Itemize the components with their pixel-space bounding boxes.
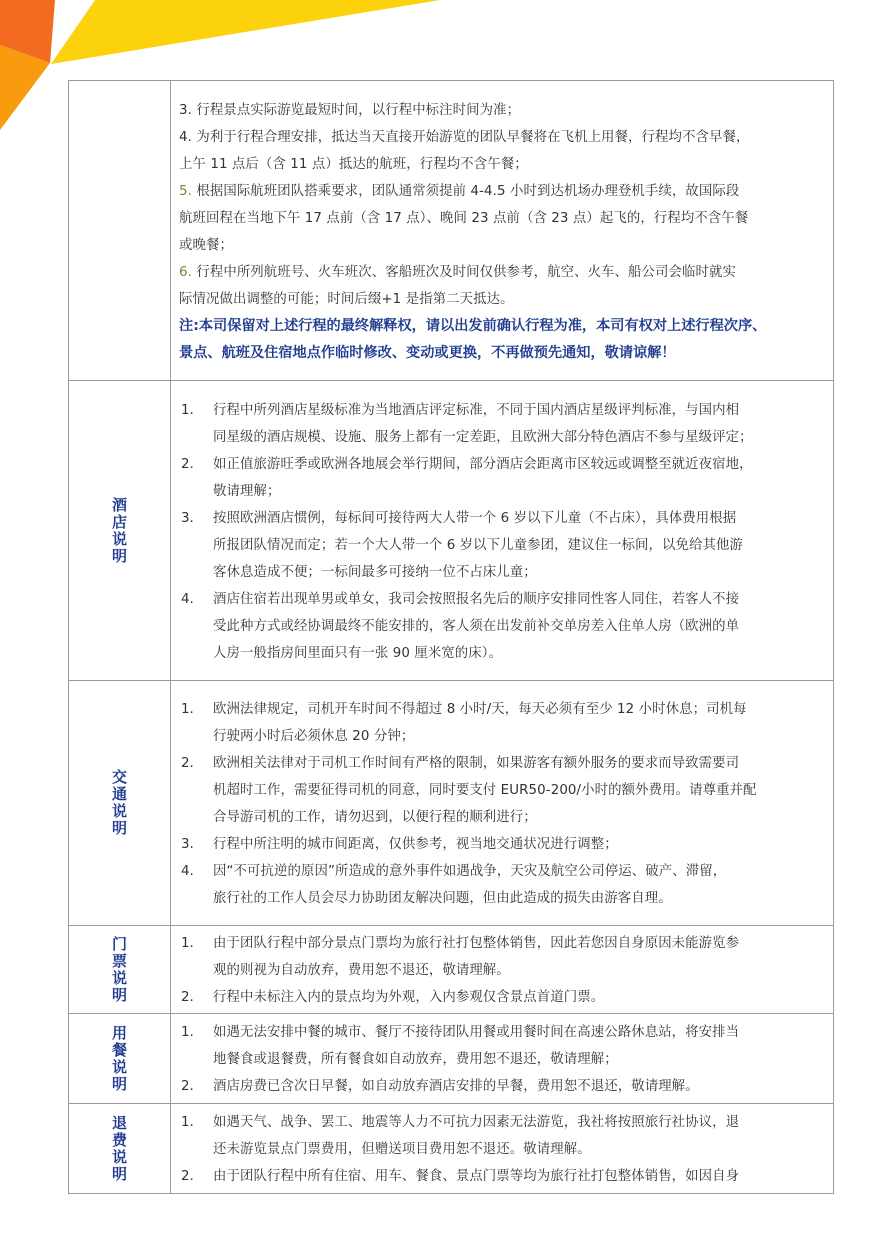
list-item: 2.欧洲相关法律对于司机工作时间有严格的限制，如果游客有额外服务的要求而导致需要… — [179, 750, 825, 831]
item-number: 4. — [179, 130, 196, 145]
section-content-cell: 1.如遇无法安排中餐的城市、餐厅不接待团队用餐或用餐时间在高速公路休息站，将安排… — [171, 1014, 834, 1104]
row-itinerary-notes: 3. 行程景点实际游览最短时间，以行程中标注时间为准；4. 为利于行程合理安排，… — [69, 81, 834, 381]
section-content-cell: 1.行程中所列酒店星级标准为当地酒店评定标准，不同于国内酒店星级评判标准，与国内… — [171, 381, 834, 681]
item-text: 行程中所列航班号、火车班次、客船班次及时间仅供参考，航空、火车、船公司会临时就实 — [196, 265, 736, 280]
list-item: 2.由于团队行程中所有住宿、用车、餐食、景点门票等均为旅行社打包整体销售，如因自… — [179, 1163, 825, 1190]
disclaimer-note: 注:本司保留对上述行程的最终解释权，请以出发前确认行程为准，本司有权对上述行程次… — [179, 313, 825, 340]
section-label-cell: 用餐说明 — [69, 1014, 171, 1104]
itinerary-note-line: 3. 行程景点实际游览最短时间，以行程中标注时间为准； — [179, 97, 825, 124]
item-text: 行程中未标注入内的景点均为外观，入内参观仅含景点首道门票。 — [213, 984, 825, 1011]
item-text-line: 所报团队情况而定；若一个大人带一个 6 岁以下儿童参团，建议住一标间，以免给其他… — [213, 532, 825, 559]
list-item: 4.酒店住宿若出现单男或单女，我司会按照报名先后的顺序安排同性客人同住，若客人不… — [179, 586, 825, 667]
item-number: 1. — [179, 1019, 213, 1073]
travel-notes-table: 3. 行程景点实际游览最短时间，以行程中标注时间为准；4. 为利于行程合理安排，… — [68, 80, 834, 1194]
section-label: 退费说明 — [111, 1115, 129, 1183]
item-number: 2. — [179, 750, 213, 831]
item-number: 2. — [179, 1073, 213, 1100]
section-row: 门票说明1.由于团队行程中部分景点门票均为旅行社打包整体销售，因此若您因自身原因… — [69, 926, 834, 1014]
item-text-line: 因“不可抗逆的原因”所造成的意外事件如遇战争，天灾及航空公司停运、破产、滞留， — [213, 858, 825, 885]
item-text: 行程景点实际游览最短时间，以行程中标注时间为准； — [196, 103, 520, 118]
item-number: 3. — [179, 103, 196, 118]
item-text-line: 欧洲相关法律对于司机工作时间有严格的限制，如果游客有额外服务的要求而导致需要司 — [213, 750, 825, 777]
item-number: 4. — [179, 586, 213, 667]
content-cell-itinerary: 3. 行程景点实际游览最短时间，以行程中标注时间为准；4. 为利于行程合理安排，… — [171, 81, 834, 381]
item-text-line: 行程中所注明的城市间距离，仅供参考，视当地交通状况进行调整； — [213, 831, 825, 858]
disclaimer-note: 景点、航班及住宿地点作临时修改、变动或更换，不再做预先通知，敬请谅解！ — [179, 340, 825, 367]
itinerary-note-line: 6. 行程中所列航班号、火车班次、客船班次及时间仅供参考，航空、火车、船公司会临… — [179, 259, 825, 286]
section-content-cell: 1.如遇天气、战争、罢工、地震等人力不可抗力因素无法游览，我社将按照旅行社协议，… — [171, 1104, 834, 1194]
section-content-cell: 1.欧洲法律规定，司机开车时间不得超过 8 小时/天，每天必须有至少 12 小时… — [171, 681, 834, 926]
item-number: 2. — [179, 451, 213, 505]
item-number: 2. — [179, 1163, 213, 1190]
section-label: 酒店说明 — [111, 497, 129, 565]
list-item: 1.由于团队行程中部分景点门票均为旅行社打包整体销售，因此若您因自身原因未能游览… — [179, 930, 825, 984]
item-text: 酒店房费已含次日早餐，如自动放弃酒店安排的早餐，费用恕不退还，敬请理解。 — [213, 1073, 825, 1100]
list-item: 3.按照欧洲酒店惯例，每标间可接待两大人带一个 6 岁以下儿童（不占床），具体费… — [179, 505, 825, 586]
section-row: 酒店说明1.行程中所列酒店星级标准为当地酒店评定标准，不同于国内酒店星级评判标准… — [69, 381, 834, 681]
item-text-line: 酒店住宿若出现单男或单女，我司会按照报名先后的顺序安排同性客人同住，若客人不接 — [213, 586, 825, 613]
itinerary-note-line: 航班回程在当地下午 17 点前（含 17 点）、晚间 23 点前（含 23 点）… — [179, 205, 825, 232]
itinerary-note-line: 或晚餐； — [179, 232, 825, 259]
itinerary-note-line: 5. 根据国际航班团队搭乘要求，团队通常须提前 4-4.5 小时到达机场办理登机… — [179, 178, 825, 205]
item-number: 4. — [179, 858, 213, 912]
item-text-line: 按照欧洲酒店惯例，每标间可接待两大人带一个 6 岁以下儿童（不占床），具体费用根… — [213, 505, 825, 532]
item-text-line: 如遇无法安排中餐的城市、餐厅不接待团队用餐或用餐时间在高速公路休息站，将安排当 — [213, 1019, 825, 1046]
item-text: 如遇天气、战争、罢工、地震等人力不可抗力因素无法游览，我社将按照旅行社协议，退还… — [213, 1109, 825, 1163]
item-number: 1. — [179, 397, 213, 451]
itinerary-note-line: 际情况做出调整的可能；时间后缀+1 是指第二天抵达。 — [179, 286, 825, 313]
list-item: 3.行程中所注明的城市间距离，仅供参考，视当地交通状况进行调整； — [179, 831, 825, 858]
item-text: 由于团队行程中部分景点门票均为旅行社打包整体销售，因此若您因自身原因未能游览参观… — [213, 930, 825, 984]
item-text-line: 旅行社的工作人员会尽力协助团友解决问题，但由此造成的损失由游客自理。 — [213, 885, 825, 912]
item-text: 因“不可抗逆的原因”所造成的意外事件如遇战争，天灾及航空公司停运、破产、滞留，旅… — [213, 858, 825, 912]
item-text: 酒店住宿若出现单男或单女，我司会按照报名先后的顺序安排同性客人同住，若客人不接受… — [213, 586, 825, 667]
section-label-cell: 酒店说明 — [69, 381, 171, 681]
item-text: 或晚餐； — [179, 238, 233, 253]
item-text: 上午 11 点后（含 11 点）抵达的航班，行程均不含午餐； — [179, 157, 528, 172]
item-number: 1. — [179, 930, 213, 984]
item-text: 欧洲相关法律对于司机工作时间有严格的限制，如果游客有额外服务的要求而导致需要司机… — [213, 750, 825, 831]
item-text: 行程中所注明的城市间距离，仅供参考，视当地交通状况进行调整； — [213, 831, 825, 858]
itinerary-note-line: 4. 为利于行程合理安排，抵达当天直接开始游览的团队早餐将在飞机上用餐，行程均不… — [179, 124, 825, 151]
itinerary-note-line: 上午 11 点后（含 11 点）抵达的航班，行程均不含午餐； — [179, 151, 825, 178]
item-text: 根据国际航班团队搭乘要求，团队通常须提前 4-4.5 小时到达机场办理登机手续，… — [196, 184, 739, 199]
item-number: 5. — [179, 184, 196, 199]
list-item: 1.如遇天气、战争、罢工、地震等人力不可抗力因素无法游览，我社将按照旅行社协议，… — [179, 1109, 825, 1163]
item-text-line: 由于团队行程中部分景点门票均为旅行社打包整体销售，因此若您因自身原因未能游览参 — [213, 930, 825, 957]
item-number: 6. — [179, 265, 196, 280]
item-text-line: 敬请理解； — [213, 478, 825, 505]
item-text-line: 客休息造成不便；一标间最多可接纳一位不占床儿童； — [213, 559, 825, 586]
item-text-line: 如正值旅游旺季或欧洲各地展会举行期间，部分酒店会距离市区较远或调整至就近夜宿地， — [213, 451, 825, 478]
item-number: 1. — [179, 1109, 213, 1163]
item-text-line: 机超时工作，需要征得司机的同意，同时要支付 EUR50-200/小时的额外费用。… — [213, 777, 825, 804]
list-item: 2.行程中未标注入内的景点均为外观，入内参观仅含景点首道门票。 — [179, 984, 825, 1011]
item-text-line: 同星级的酒店规模、设施、服务上都有一定差距，且欧洲大部分特色酒店不参与星级评定； — [213, 424, 825, 451]
section-label-cell: 门票说明 — [69, 926, 171, 1014]
item-text-line: 酒店房费已含次日早餐，如自动放弃酒店安排的早餐，费用恕不退还，敬请理解。 — [213, 1073, 825, 1100]
section-label: 交通说明 — [111, 769, 129, 837]
list-item: 1.如遇无法安排中餐的城市、餐厅不接待团队用餐或用餐时间在高速公路休息站，将安排… — [179, 1019, 825, 1073]
item-text-line: 人房一般指房间里面只有一张 90 厘米宽的床）。 — [213, 640, 825, 667]
item-text-line: 欧洲法律规定，司机开车时间不得超过 8 小时/天，每天必须有至少 12 小时休息… — [213, 696, 825, 723]
list-item: 1.欧洲法律规定，司机开车时间不得超过 8 小时/天，每天必须有至少 12 小时… — [179, 696, 825, 750]
item-text: 按照欧洲酒店惯例，每标间可接待两大人带一个 6 岁以下儿童（不占床），具体费用根… — [213, 505, 825, 586]
item-text: 如遇无法安排中餐的城市、餐厅不接待团队用餐或用餐时间在高速公路休息站，将安排当地… — [213, 1019, 825, 1073]
list-item: 2.如正值旅游旺季或欧洲各地展会举行期间，部分酒店会距离市区较远或调整至就近夜宿… — [179, 451, 825, 505]
item-number: 3. — [179, 831, 213, 858]
list-item: 4.因“不可抗逆的原因”所造成的意外事件如遇战争，天灾及航空公司停运、破产、滞留… — [179, 858, 825, 912]
label-cell-empty — [69, 81, 171, 381]
item-text-line: 合导游司机的工作，请勿迟到，以便行程的顺利进行； — [213, 804, 825, 831]
item-text: 由于团队行程中所有住宿、用车、餐食、景点门票等均为旅行社打包整体销售，如因自身 — [213, 1163, 825, 1190]
item-text: 航班回程在当地下午 17 点前（含 17 点）、晚间 23 点前（含 23 点）… — [179, 211, 748, 226]
section-label: 用餐说明 — [111, 1025, 129, 1093]
section-label-cell: 交通说明 — [69, 681, 171, 926]
item-text-line: 如遇天气、战争、罢工、地震等人力不可抗力因素无法游览，我社将按照旅行社协议，退 — [213, 1109, 825, 1136]
item-text-line: 观的则视为自动放弃，费用恕不退还，敬请理解。 — [213, 957, 825, 984]
section-label-cell: 退费说明 — [69, 1104, 171, 1194]
item-text-line: 由于团队行程中所有住宿、用车、餐食、景点门票等均为旅行社打包整体销售，如因自身 — [213, 1163, 825, 1190]
item-text-line: 还未游览景点门票费用，但赠送项目费用恕不退还。敬请理解。 — [213, 1136, 825, 1163]
item-text-line: 行程中所列酒店星级标准为当地酒店评定标准，不同于国内酒店星级评判标准，与国内相 — [213, 397, 825, 424]
item-number: 3. — [179, 505, 213, 586]
item-number: 2. — [179, 984, 213, 1011]
item-text: 为利于行程合理安排，抵达当天直接开始游览的团队早餐将在飞机上用餐，行程均不含早餐… — [196, 130, 749, 145]
section-label: 门票说明 — [111, 936, 129, 1004]
item-text-line: 行驶两小时后必须休息 20 分钟； — [213, 723, 825, 750]
section-content-cell: 1.由于团队行程中部分景点门票均为旅行社打包整体销售，因此若您因自身原因未能游览… — [171, 926, 834, 1014]
item-text: 际情况做出调整的可能；时间后缀+1 是指第二天抵达。 — [179, 292, 514, 307]
item-text: 欧洲法律规定，司机开车时间不得超过 8 小时/天，每天必须有至少 12 小时休息… — [213, 696, 825, 750]
list-item: 2.酒店房费已含次日早餐，如自动放弃酒店安排的早餐，费用恕不退还，敬请理解。 — [179, 1073, 825, 1100]
item-text-line: 地餐食或退餐费，所有餐食如自动放弃，费用恕不退还，敬请理解； — [213, 1046, 825, 1073]
item-number: 1. — [179, 696, 213, 750]
item-text: 行程中所列酒店星级标准为当地酒店评定标准，不同于国内酒店星级评判标准，与国内相同… — [213, 397, 825, 451]
section-row: 用餐说明1.如遇无法安排中餐的城市、餐厅不接待团队用餐或用餐时间在高速公路休息站… — [69, 1014, 834, 1104]
item-text-line: 受此种方式或经协调最终不能安排的，客人须在出发前补交单房差入住单人房（欧洲的单 — [213, 613, 825, 640]
section-row: 退费说明1.如遇天气、战争、罢工、地震等人力不可抗力因素无法游览，我社将按照旅行… — [69, 1104, 834, 1194]
yellow-shape — [51, 0, 440, 64]
list-item: 1.行程中所列酒店星级标准为当地酒店评定标准，不同于国内酒店星级评判标准，与国内… — [179, 397, 825, 451]
section-row: 交通说明1.欧洲法律规定，司机开车时间不得超过 8 小时/天，每天必须有至少 1… — [69, 681, 834, 926]
item-text: 如正值旅游旺季或欧洲各地展会举行期间，部分酒店会距离市区较远或调整至就近夜宿地，… — [213, 451, 825, 505]
item-text-line: 行程中未标注入内的景点均为外观，入内参观仅含景点首道门票。 — [213, 984, 825, 1011]
